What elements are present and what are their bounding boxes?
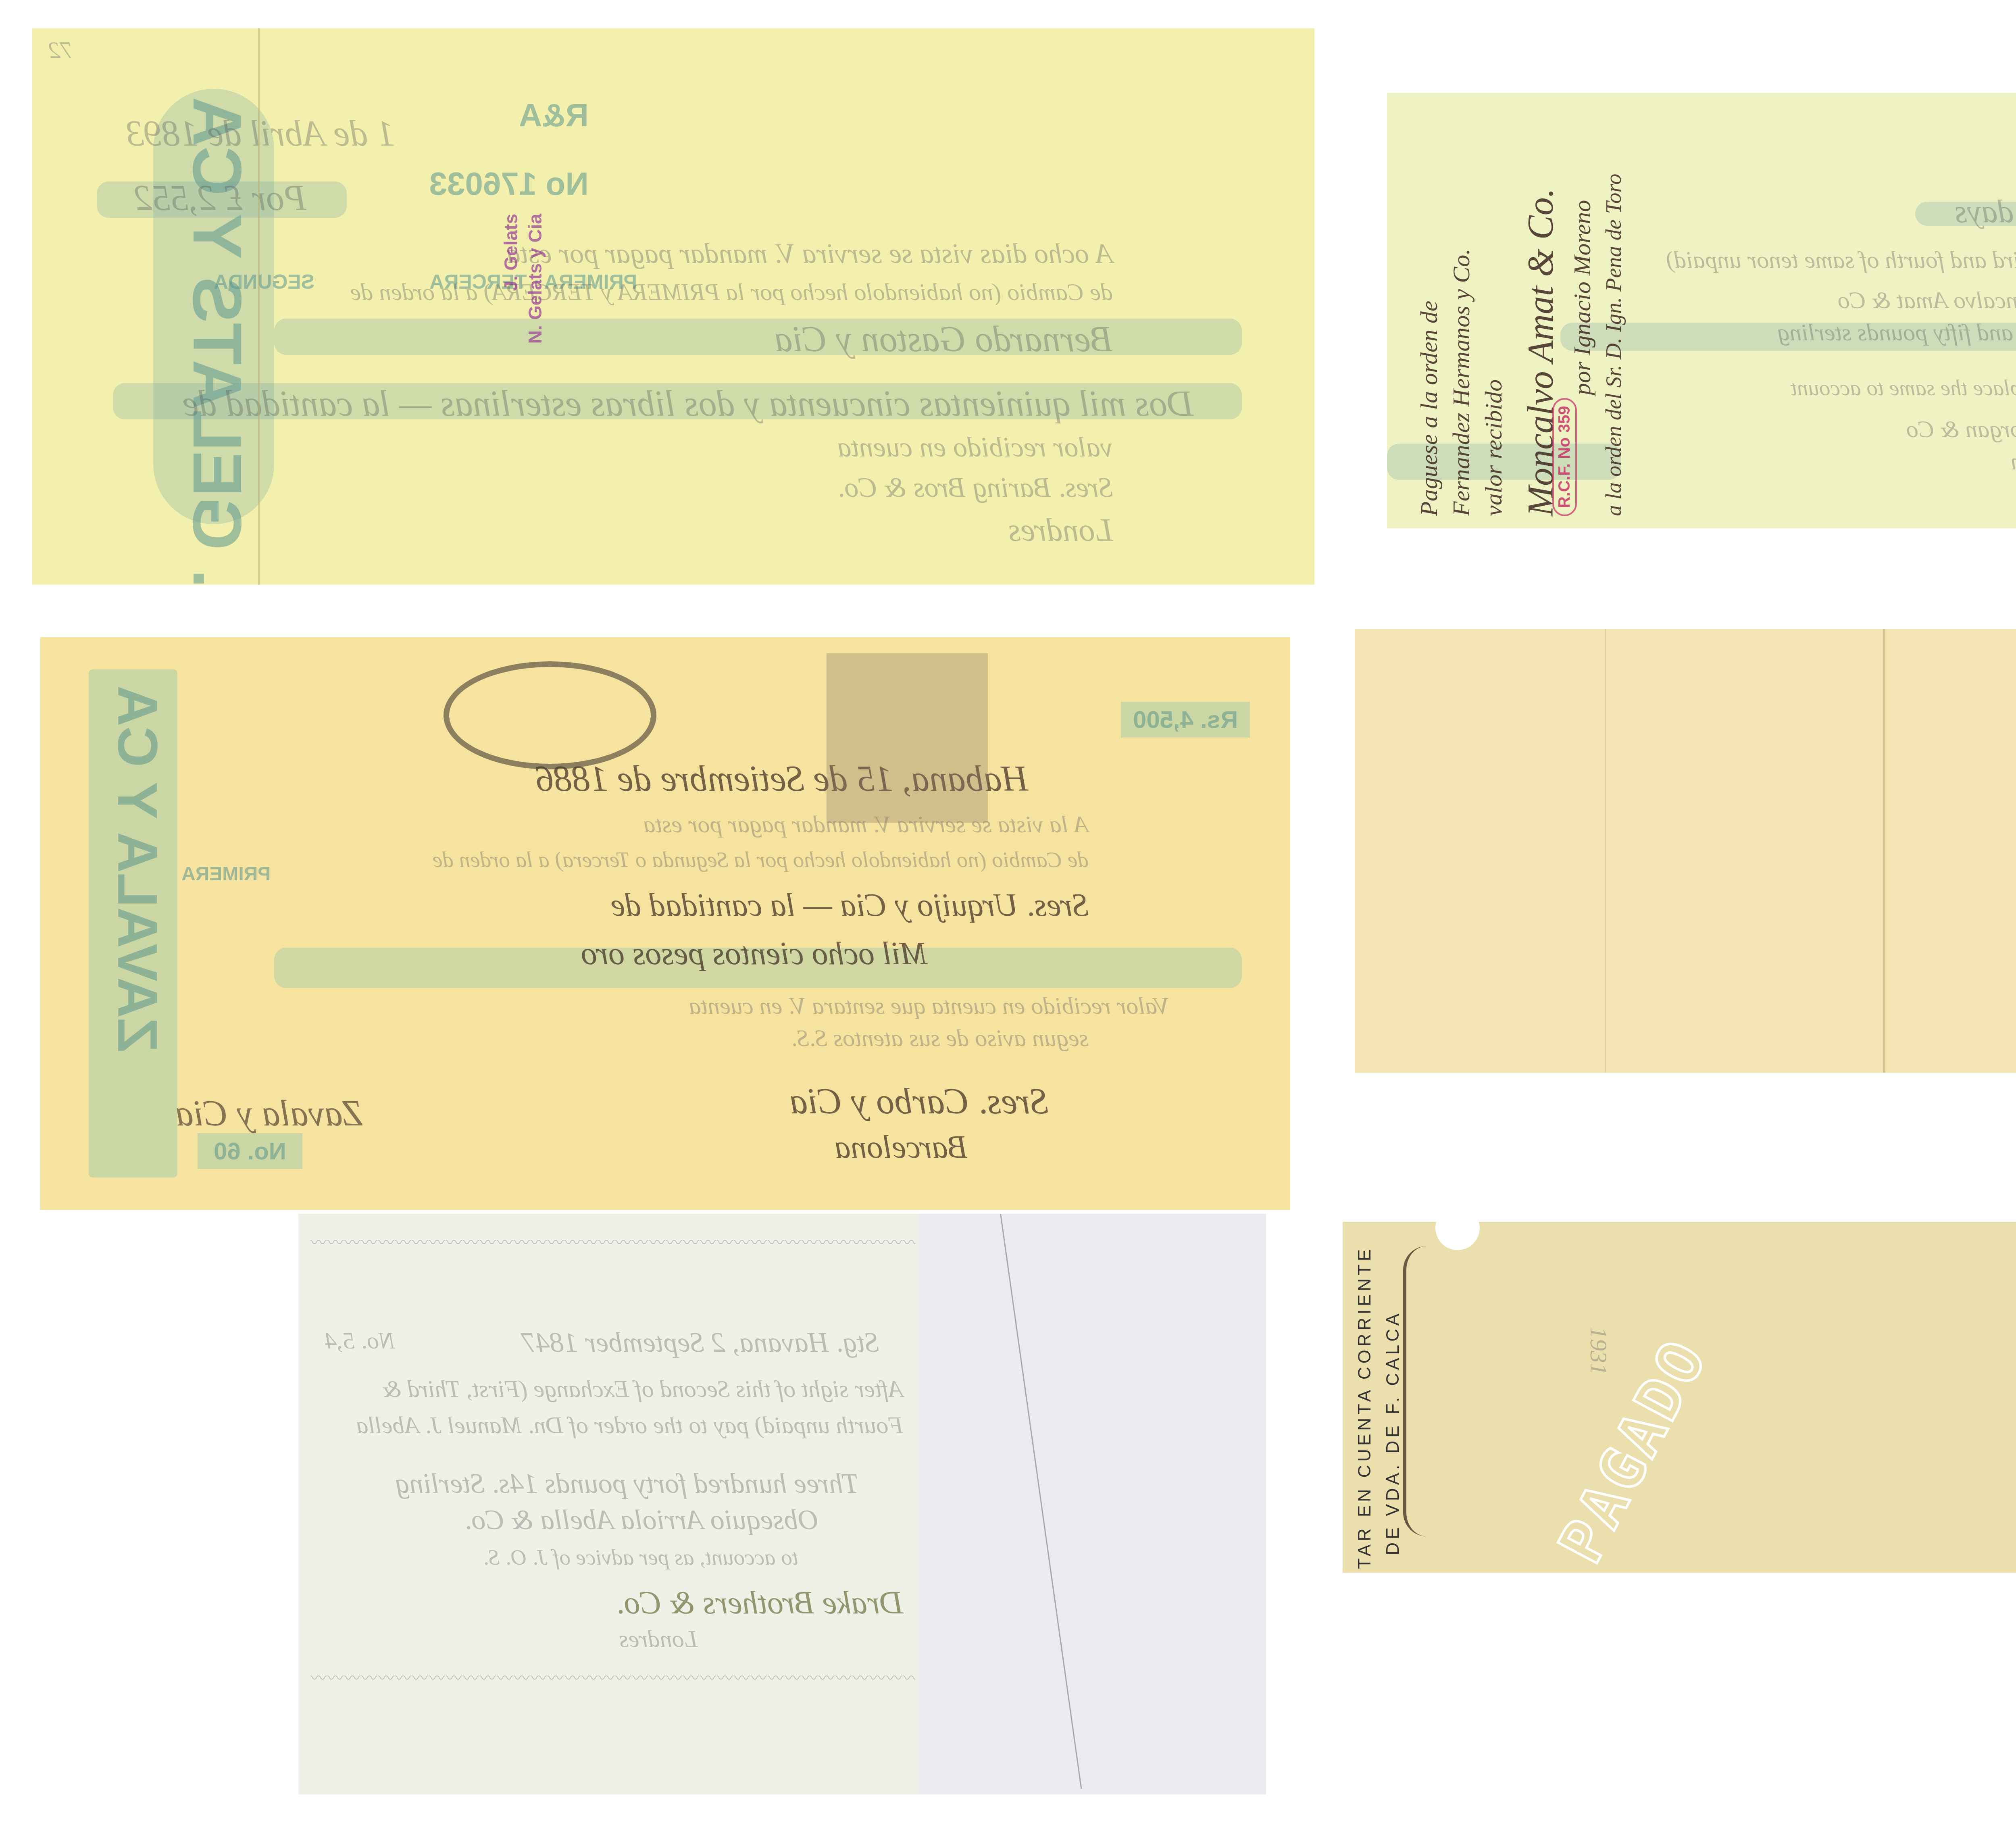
endorsement-block: Paguese a la orden de Fernandez Hermanos… (1399, 113, 1802, 516)
corner-mark: R&A (519, 97, 589, 134)
text-line: Bernardo Gaston y Cia (775, 319, 1113, 360)
purple-stamp: J. Gelats (500, 214, 522, 291)
text-line: segun aviso de sus atentos S.S. (791, 1024, 1089, 1052)
copy-label: PRIMERA (181, 863, 271, 885)
text-line: value received and place the same to acc… (1791, 375, 2016, 400)
text-line: valor recibido en cuenta (837, 431, 1113, 464)
purple-stamp-2: N. Gelats y Cia (524, 214, 546, 344)
text-line: Barcelona (835, 1129, 968, 1166)
text-line: to account, as per advice of J. O. S. (483, 1544, 798, 1570)
header-band-text: N. GELATS Y CA (177, 97, 256, 585)
signature: Zavala y Cia (175, 1093, 363, 1134)
text-line: Sres. Carbo y Cia (789, 1081, 1048, 1122)
document-6-cancelled-check: PARA ANOTAR EN CUENTA CORRIENTE DE VDA. … (1343, 1222, 2016, 1573)
text-line: Londres (1008, 512, 1113, 549)
text-line: Drake Brothers & Co. (616, 1585, 903, 1621)
date-line: Stg. Havana, 2 September 1847 (521, 1327, 879, 1359)
document-5-bill-of-exchange: 〰〰〰〰〰〰〰〰〰〰〰〰〰〰〰〰〰〰〰〰〰〰〰〰〰〰〰〰〰〰〰〰〰〰〰〰 〰〰〰… (298, 1214, 1266, 1794)
revenue-stamp-showthrough (827, 653, 988, 823)
amount: Por £ 2,552 (134, 177, 307, 219)
text-line: After sight of this Second of Exchange (… (383, 1375, 903, 1403)
serial-number: No 176033 (429, 165, 589, 202)
printed-line-1: PARA ANOTAR EN CUENTA CORRIENTE (1355, 1246, 1375, 1573)
text-line: de Cambio (no habiendolo hecho por la PR… (350, 278, 1113, 306)
torn-notch (1435, 1222, 1480, 1250)
text-line: Sres. Baring Bros & Co. (837, 472, 1113, 504)
text-line: Pay to Messrs Moncalvo Amat & Co (1838, 286, 2016, 314)
printed-line-2: DE VDA. DE F. CALCA (1383, 1311, 1403, 1555)
text-line: Dos mil quinientas cincuenta y dos libra… (183, 383, 1193, 425)
copy-label-segunda: SEGUNDA (214, 270, 314, 294)
oval-mark (444, 661, 656, 769)
fold-line (258, 28, 260, 585)
text-line: Valor recibido en cuenta que sentara V. … (689, 992, 1169, 1020)
text-line: A ocho dias vista se servira V. mandar p… (506, 238, 1113, 270)
text-line: Londres (619, 1625, 698, 1653)
text-line: To Messrs Jno. Morgan & Co (1906, 415, 2016, 443)
text-line: Fourth unpaid) pay to the order of Dn. M… (356, 1411, 903, 1439)
margin-number: 72 (48, 36, 73, 64)
document-4-check: Chemical National Bank 69 Cedar St. NEW … (1355, 629, 2016, 1073)
header-band-text: ZAVALA Y CA (105, 686, 170, 1052)
red-stamp: R.C.F. No 359 (1552, 398, 1577, 516)
perforation-pagado: PAGADO (1512, 1343, 1794, 1544)
text-line: Two hundred and fifty pounds sterling (1777, 319, 2016, 346)
date-line: 1 de Abril de 1893 (126, 113, 395, 154)
signature (1403, 1246, 1451, 1536)
text-line: Mil ocho cientos pesos oro (581, 936, 927, 972)
attached-tab (919, 1214, 1266, 1794)
box-number: No. 60 (198, 1133, 302, 1169)
corner-box: Rs. 4,500 (1121, 702, 1250, 738)
text-line: London (2011, 448, 2016, 475)
text-line: Sres. Urquijo y Cia — la cantidad de (611, 887, 1089, 924)
document-2-bill-of-exchange: Exch. Sixty days Exchange (first third a… (1387, 93, 2016, 528)
document-3-bill-of-exchange: ZAVALA Y CA PRIMERA Rs. 4,500 Habana, 15… (40, 637, 1290, 1210)
text-line: Three hundred forty pounds 14s. Sterling (395, 1468, 859, 1500)
text-line: Obsequio Arriola Abella & Co. (464, 1504, 818, 1536)
bill-number: No. 5,4 (325, 1327, 395, 1355)
term: Sixty days (1955, 194, 2016, 230)
text-line: de Cambio (no habiendolo hecho por la Se… (433, 847, 1089, 872)
document-1-bill-of-exchange: N. GELATS Y CA No 176033 R&A SEGUNDA PRI… (32, 28, 1314, 585)
